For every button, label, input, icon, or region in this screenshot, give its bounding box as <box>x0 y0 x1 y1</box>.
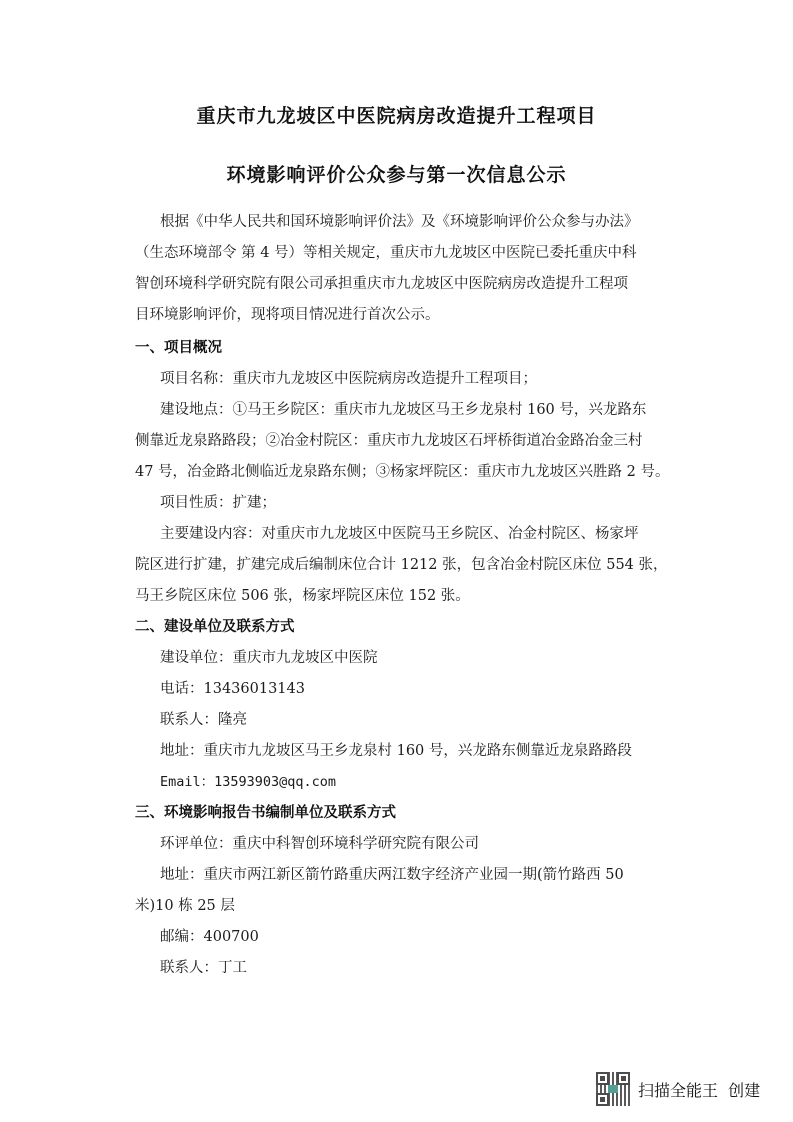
builder-phone: 电话：13436013143 <box>160 677 305 698</box>
eia-postcode: 邮编：400700 <box>160 925 259 946</box>
section-heading: 二、建设单位及联系方式 <box>135 615 295 636</box>
eia-unit: 环评单位：重庆中科智创环境科学研究院有限公司 <box>160 832 479 853</box>
project-location: 建设地点：①马王乡院区：重庆市九龙坡区马王乡龙泉村 160 号，兴龙路东 <box>160 398 646 419</box>
watermark-text: 扫描全能王 创建 <box>638 1078 760 1101</box>
eia-address: 地址：重庆市两江新区箭竹路重庆两江数字经济产业园一期(箭竹路西 50 <box>160 863 624 884</box>
builder-address: 地址：重庆市九龙坡区马王乡龙泉村 160 号，兴龙路东侧靠近龙泉路路段 <box>160 739 632 760</box>
intro-line: 根据《中华人民共和国环境影响评价法》及《环境影响评价公众参与办法》 <box>160 210 639 231</box>
eia-contact-person: 联系人：丁工 <box>160 956 247 977</box>
project-content: 主要建设内容：对重庆市九龙坡区中医院马王乡院区、冶金村院区、杨家坪 <box>160 522 639 543</box>
document-title-line1: 重庆市九龙坡区中医院病房改造提升工程项目 <box>0 101 793 128</box>
builder-email: Email：13593903@qq.com <box>160 770 336 790</box>
builder-unit: 建设单位：重庆市九龙坡区中医院 <box>160 646 378 667</box>
project-content-cont: 马王乡院区床位 506 张，杨家坪院区床位 152 张。 <box>135 584 470 605</box>
project-content-cont: 院区进行扩建，扩建完成后编制床位合计 1212 张，包含冶金村院区床位 554 … <box>135 553 668 574</box>
section-heading: 一、项目概况 <box>135 336 222 357</box>
qr-code-icon <box>596 1072 630 1106</box>
document-title-line2: 环境影响评价公众参与第一次信息公示 <box>0 160 793 187</box>
eia-address-cont: 米)10 栋 25 层 <box>135 894 235 915</box>
project-nature: 项目性质：扩建； <box>160 491 276 512</box>
scanner-watermark: 扫描全能王 创建 <box>596 1072 760 1106</box>
intro-line: 智创环境科学研究院有限公司承担重庆市九龙坡区中医院病房改造提升工程项 <box>135 272 628 293</box>
intro-line: 目环境影响评价，现将项目情况进行首次公示。 <box>135 303 440 324</box>
intro-line: （生态环境部令 第 4 号）等相关规定，重庆市九龙坡区中医院已委托重庆中科 <box>135 241 637 262</box>
project-location-cont: 侧靠近龙泉路路段；②冶金村院区：重庆市九龙坡区石坪桥街道冶金路冶金三村 <box>135 429 643 450</box>
project-location-cont: 47 号，冶金路北侧临近龙泉路东侧；③杨家坪院区：重庆市九龙坡区兴胜路 2 号。 <box>135 460 670 481</box>
project-name: 项目名称：重庆市九龙坡区中医院病房改造提升工程项目； <box>160 367 537 388</box>
builder-contact-person: 联系人：隆亮 <box>160 708 247 729</box>
section-heading: 三、环境影响报告书编制单位及联系方式 <box>135 801 396 822</box>
